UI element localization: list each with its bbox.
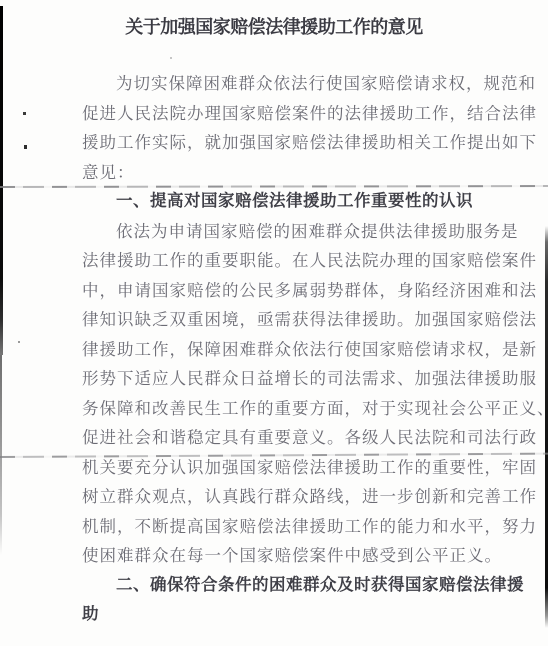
document-line: 机制，不断提高国家赔偿法律援助工作的能力和水平，努力 [82, 512, 518, 542]
document-title: 关于加强国家赔偿法律援助工作的意见 [0, 13, 548, 39]
document-line: 律援助工作，保障困难群众依法行使国家赔偿请求权，是新 [82, 335, 518, 365]
scan-edge-left-bar [0, 6, 3, 355]
document-line: 法律援助工作的重要职能。在人民法院办理的国家赔偿案件 [82, 246, 518, 276]
scanned-document-page: 关于加强国家赔偿法律援助工作的意见 为切实保障困难群众依法行使国家赔偿请求权，规… [0, 0, 548, 646]
document-line: 律知识缺乏双重困境，亟需获得法律援助。加强国家赔偿法 [82, 305, 518, 335]
document-line: 树立群众观点，认真践行群众路线，进一步创新和完善工作 [82, 482, 518, 512]
document-line: 援助工作实际，就加强国家赔偿法律援助相关工作提出如下 [82, 128, 518, 158]
scan-speck [170, 57, 172, 59]
document-line: 意见： [82, 158, 518, 188]
scan-speck [23, 112, 26, 115]
section-heading-wrap: 助 [82, 600, 518, 630]
document-line: 务保障和改善民生工作的重要方面，对于实现社会公平正义、 [82, 394, 518, 424]
document-body: 为切实保障困难群众依法行使国家赔偿请求权，规范和 促进人民法院办理国家赔偿案件的… [82, 69, 518, 630]
scan-edge-left-faint-line [0, 355, 2, 555]
document-line: 为切实保障困难群众依法行使国家赔偿请求权，规范和 [82, 69, 518, 99]
document-line: 使困难群众在每一个国家赔偿案件中感受到公平正义。 [82, 541, 518, 571]
section-heading: 一、提高对国家赔偿法律援助工作重要性的认识 [82, 187, 518, 217]
scan-speck [24, 145, 27, 149]
document-line: 中，申请国家赔偿的公民多属弱势群体，身陷经济困难和法 [82, 276, 518, 306]
document-line: 促进社会和谐稳定具有重要意义。各级人民法院和司法行政 [82, 423, 518, 453]
section-heading: 二、确保符合条件的困难群众及时获得国家赔偿法律援 [82, 571, 518, 601]
document-line: 机关要充分认识加强国家赔偿法律援助工作的重要性，牢固 [82, 453, 518, 483]
document-line: 形势下适应人民群众日益增长的司法需求、加强法律援助服 [82, 364, 518, 394]
scan-speck [18, 341, 20, 343]
document-line: 依法为申请国家赔偿的困难群众提供法律援助服务是 [82, 217, 518, 247]
document-line: 促进人民法院办理国家赔偿案件的法律援助工作，结合法律 [82, 99, 518, 129]
